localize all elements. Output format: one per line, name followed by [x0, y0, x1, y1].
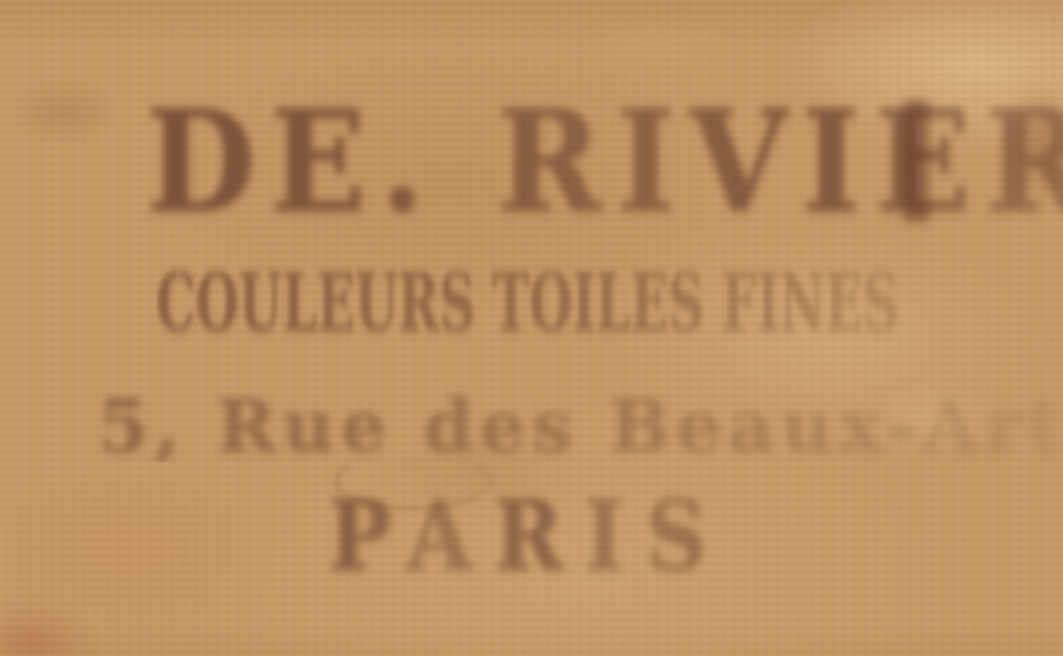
faded-ink-fragment [903, 100, 929, 222]
stamp-products-line: COULEURS TOILES FINES [156, 262, 899, 342]
faint-scratch-mark [335, 452, 491, 510]
stamp-address-line: 5, Rue des Beaux-Arts [98, 390, 1063, 462]
canvas-verso-photo: DE. RIVIERE COULEURS TOILES FINES 5, Rue… [0, 0, 1063, 656]
